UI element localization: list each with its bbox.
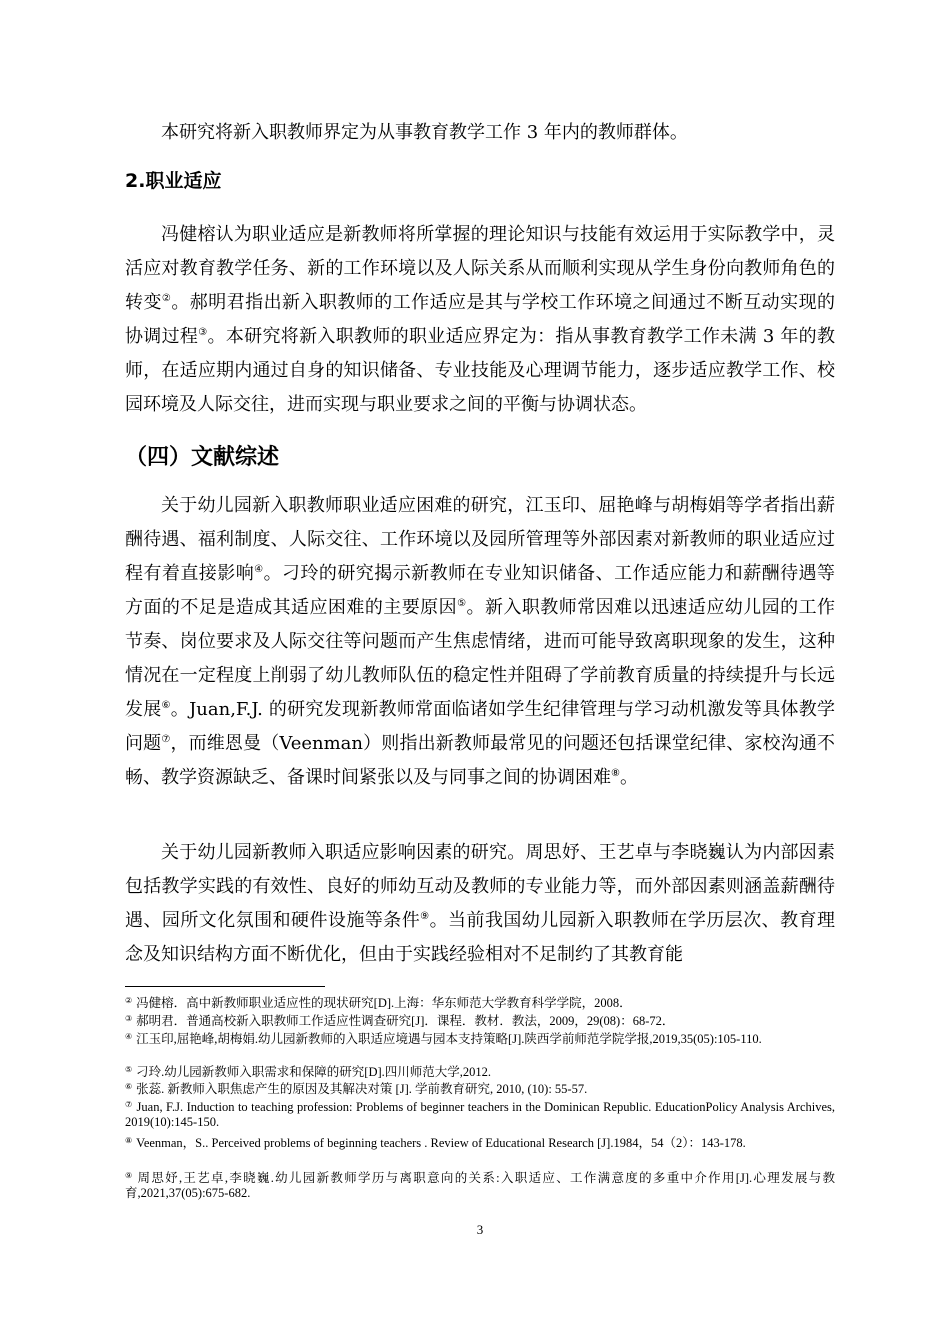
footnote-ref-2[interactable]: ② (162, 293, 171, 304)
section-heading-career-adaptation: 2.职业适应 (125, 166, 835, 193)
paragraph-influencing-factors: 关于幼儿园新教师入职适应影响因素的研究。周思妤、王艺卓与李晓巍认为内部因素包括教… (125, 836, 835, 972)
footnote-4: ④江玉印,屈艳峰,胡梅娟.幼儿园新教师的入职适应境遇与园本支持策略[J].陕西学… (125, 1032, 835, 1047)
footnote-ref-6[interactable]: ⑥ (162, 700, 171, 711)
footnote-ref-5[interactable]: ⑤ (457, 598, 466, 609)
footnote-8: ⑧Veenman，S.. Perceived problems of begin… (125, 1136, 835, 1151)
footnote-separator (125, 986, 325, 987)
section-heading-literature-review: （四）文献综述 (125, 440, 835, 471)
footnote-ref-9[interactable]: ⑨ (420, 911, 429, 922)
footnote-5: ⑤刁玲.幼儿园新教师入职需求和保障的研究[D].四川师范大学,2012. (125, 1065, 835, 1080)
footnote-ref-8[interactable]: ⑧ (611, 768, 620, 779)
footnote-ref-3[interactable]: ③ (198, 327, 207, 338)
footnote-2: ②冯健榕．高中新教师职业适应性的现状研究[D].上海：华东师范大学教育科学学院，… (125, 996, 835, 1011)
footnote-9: ⑨周思妤,王艺卓,李晓巍.幼儿园新教师学历与离职意向的关系:入职适应、工作满意度… (125, 1171, 835, 1201)
paragraph-adaptation-difficulties: 关于幼儿园新入职教师职业适应困难的研究，江玉印、屈艳峰与胡梅娟等学者指出薪酬待遇… (125, 489, 835, 795)
footnote-6: ⑥张蕊. 新教师入职焦虑产生的原因及其解决对策 [J]. 学前教育研究, 201… (125, 1082, 835, 1097)
paragraph-career-adaptation: 冯健榕认为职业适应是新教师将所掌握的理论知识与技能有效运用于实际教学中，灵活应对… (125, 218, 835, 422)
paragraph-definition: 本研究将新入职教师界定为从事教育教学工作 3 年内的教师群体。 (125, 116, 835, 150)
footnote-7: ⑦Juan, F.J. Induction to teaching profes… (125, 1100, 835, 1130)
footnote-ref-4[interactable]: ④ (254, 564, 263, 575)
page-number: 3 (125, 1222, 835, 1238)
footnote-3: ③郝明君．普通高校新入职教师工作适应性调查研究[J]．课程．教材．教法，2009… (125, 1014, 835, 1029)
